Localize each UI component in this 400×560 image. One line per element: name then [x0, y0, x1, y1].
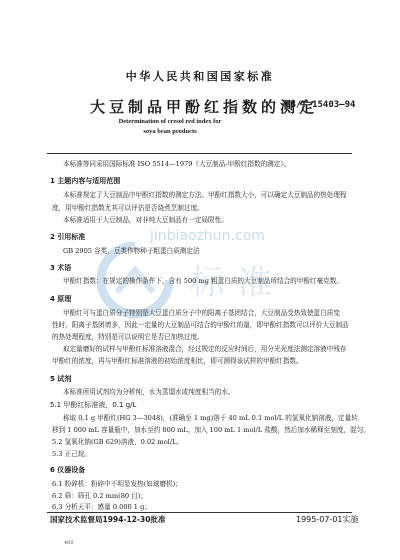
section-4-text: 取定量磨好的试样与甲酚红标准溶液混合，经过规定的反应时间后，用分光光度法测定溶液…	[63, 344, 347, 354]
header-rule	[47, 153, 352, 154]
section-2-heading: 2 引用标准	[50, 232, 85, 242]
section-3-heading: 3 术语	[50, 263, 71, 273]
section-1-heading: 1 主题内容与适用范围	[50, 176, 120, 186]
approval-date: 国家技术监督局1994-12-30批准	[50, 514, 165, 525]
section-5-1-heading: 5.1 甲酚红标准液，0.1 g/L	[50, 400, 136, 410]
section-5-3-text: 5.3 正己烷。	[52, 449, 91, 459]
national-standard-label: 中华人民共和国国家标准	[0, 68, 400, 84]
section-4-text: 的热处理程度，特别是可以说明它是否已加热过度。	[52, 332, 204, 342]
section-3-text: 甲酚红指数：在规定的操作条件下，含有 500 mg 粗蛋白质的大豆制品所结合的甲…	[63, 276, 343, 286]
section-6-heading: 6 仪器设备	[50, 465, 85, 475]
section-1-text: 度，用甲酚红指数尤其可以评估是否烧煮烹制过度。	[52, 203, 204, 213]
section-5-text: 本标准所用试剂均为分析纯，水为蒸馏水或纯度相当的水。	[63, 387, 234, 397]
section-4-text: 甲酚红的浓度，再与甲酚红标准溶液的初始浓度相比，即可测得该试样的甲酚红指数。	[52, 356, 303, 366]
reference-item: GB 2905 谷类、豆类作物种子粗蛋白质测定法	[63, 246, 200, 256]
english-title-line2: soya bean products	[0, 128, 340, 135]
english-title-line1: Determination of cresol red index for	[0, 118, 340, 125]
section-4-heading: 4 原理	[50, 294, 71, 304]
equipment-item: 6.2 筛：筛孔 0.2 mm(80 目)；	[52, 491, 147, 501]
page-number: 460	[64, 540, 74, 546]
section-5-1-text: 移到 1 000 mL 容量瓶中，加水至约 800 mL，加入 100 mL 1…	[52, 425, 370, 435]
section-5-heading: 5 试剂	[50, 374, 71, 384]
standard-code: GB/T 15403—94	[285, 100, 355, 110]
section-4-text: 性时，阳离子基团增多，因此一定量的大豆制品可结合的甲酚红的量，即甲酚红指数可以评…	[52, 320, 349, 330]
section-1-text: 本标准规定了大豆制品中甲酚红指数的测定方法。甲酚红指数大小，可以确定大豆制品的热…	[63, 190, 347, 200]
section-5-1-text: 称取 0.1 g 甲酚红(HG 3—3048)，(准确至 1 mg)溶于 40 …	[63, 413, 358, 423]
equipment-item: 6.3 分析天平：感量 0.000 1 g；	[52, 502, 151, 512]
section-4-text: 甲酚红可与蛋白质分子特别是大豆蛋白质分子中的阳离子基团结合，大豆制品受热致使蛋白…	[63, 308, 340, 318]
footer-rule	[47, 512, 352, 513]
equipment-item: 6.1 粉碎机：粉碎中不明显发热(如球磨机)；	[52, 479, 182, 489]
document-title: 大豆制品甲酚红指数的测定	[90, 96, 318, 117]
section-5-2-text: 5.2 氢氧化钠(GB 629)溶液，0.02 mol/L。	[52, 437, 183, 447]
effective-date: 1995-07-01实施	[296, 514, 359, 525]
intro-text: 本标准等同采用国际标准 ISO 5514—1979《大豆制品-甲酚红指数的测定》…	[63, 159, 290, 169]
watermark-site: jinbiaozhun.com	[150, 228, 265, 244]
section-1-text: 本标准适用于大豆制品，对非纯大豆制品有一定局限性。	[63, 215, 228, 225]
